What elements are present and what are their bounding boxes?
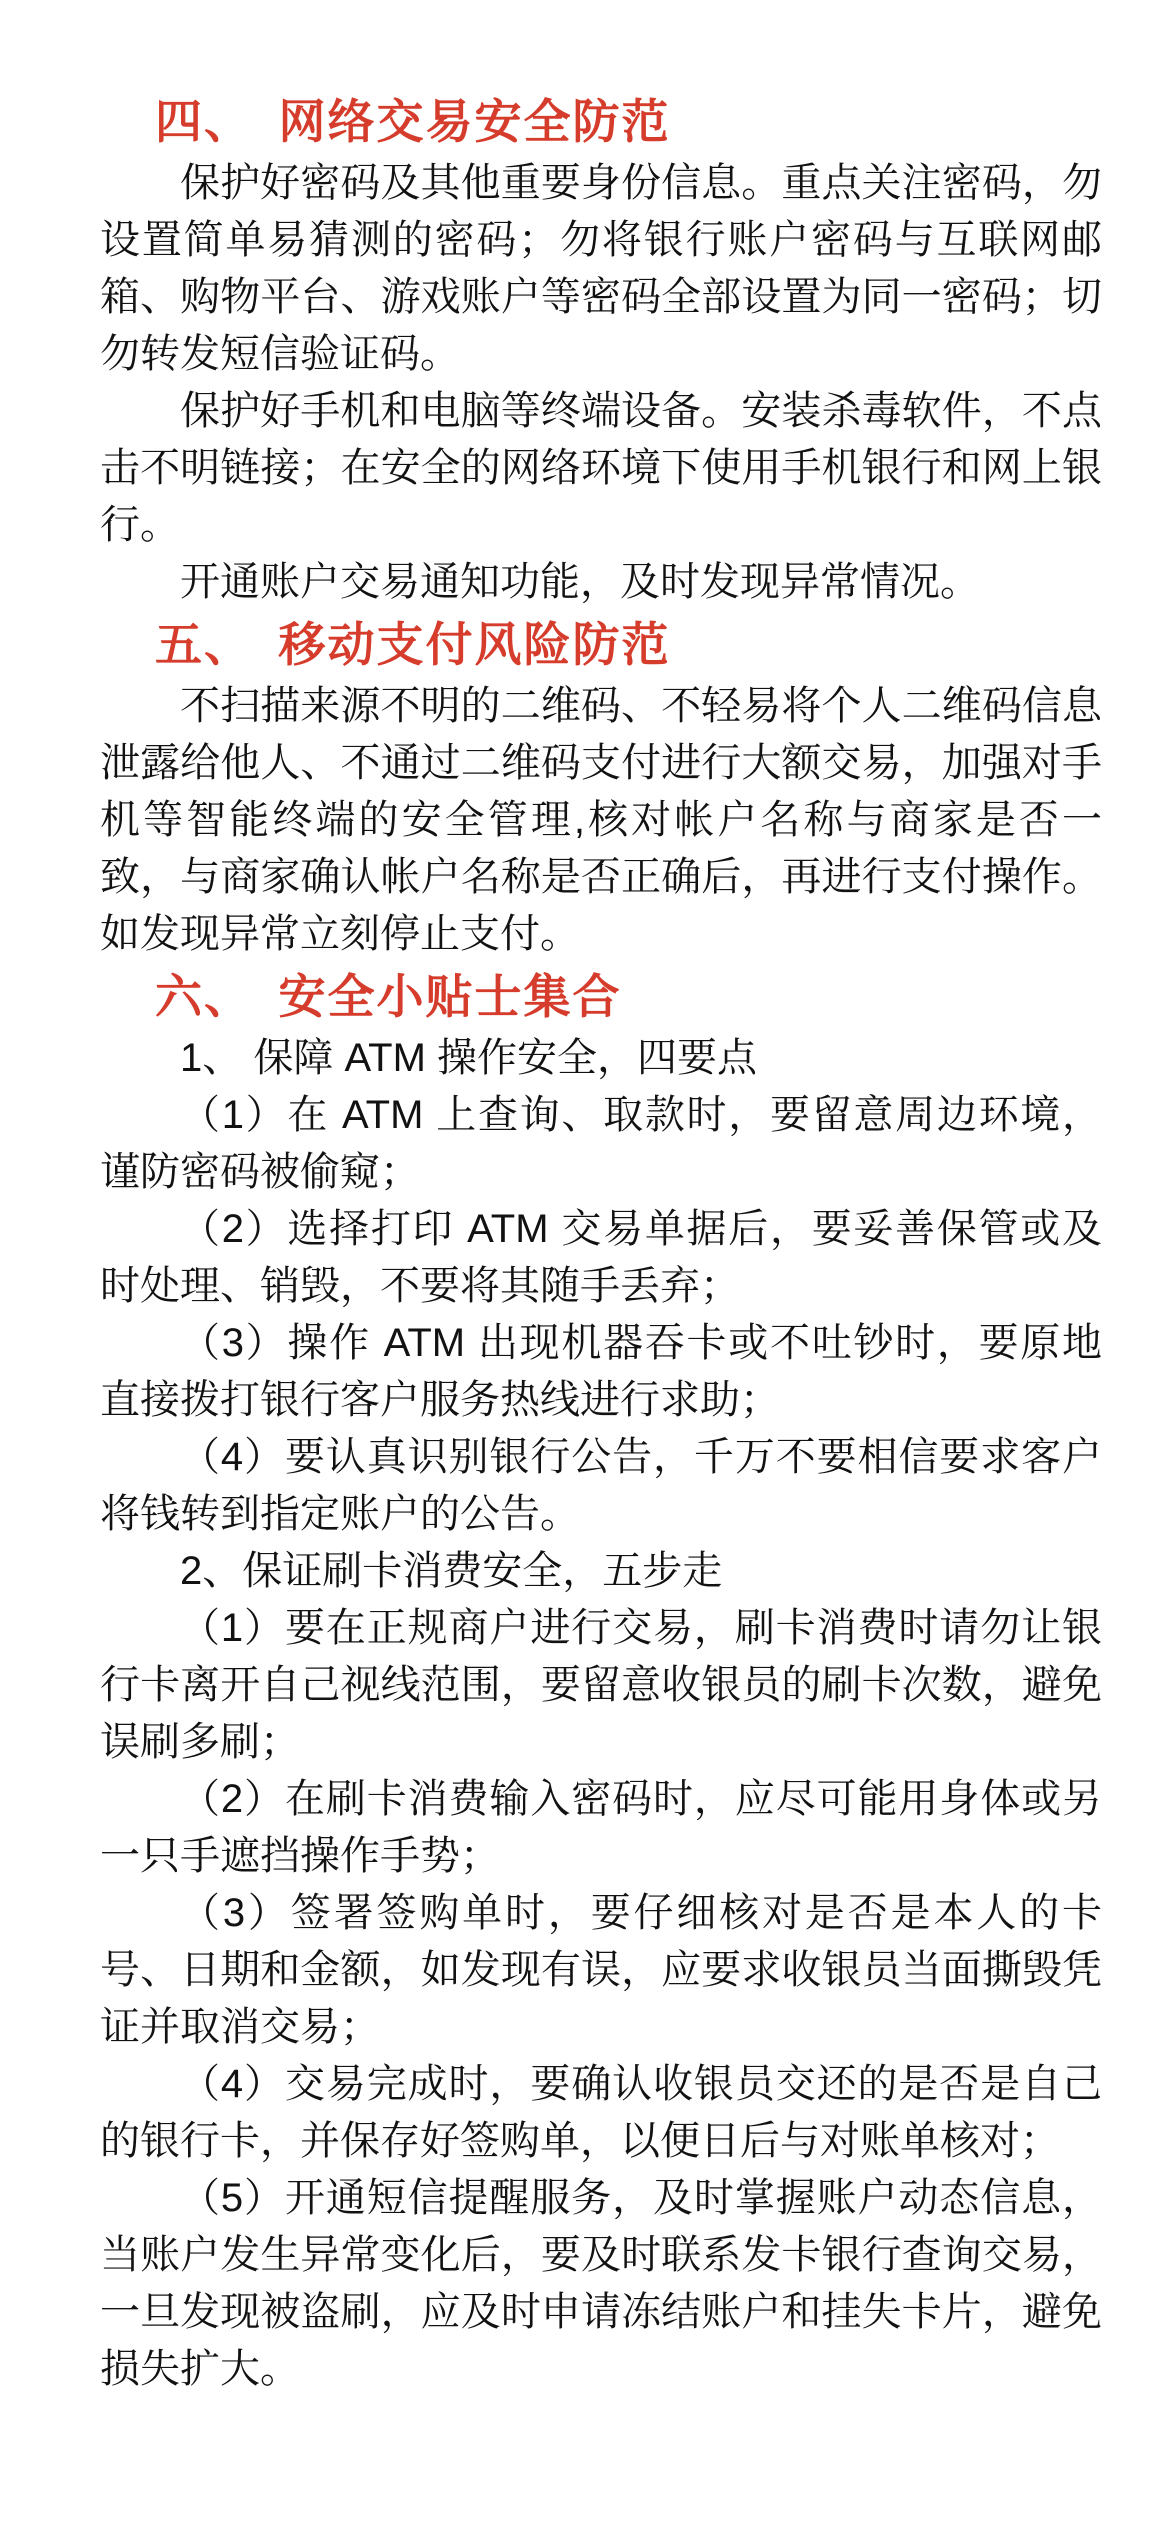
section-network-transaction-safety: 四、 网络交易安全防范 保护好密码及其他重要身份信息。重点关注密码，勿设置简单易…: [100, 88, 1102, 611]
paragraph: （4）要认真识别银行公告，千万不要相信要求客户将钱转到指定账户的公告。: [100, 1429, 1102, 1543]
paragraph: 开通账户交易通知功能，及时发现异常情况。: [100, 554, 1102, 611]
paragraph: （5）开通短信提醒服务，及时掌握账户动态信息，当账户发生异常变化后，要及时联系发…: [100, 2170, 1102, 2398]
section-heading: 六、 安全小贴士集合: [100, 963, 1102, 1030]
paragraph: （4）交易完成时，要确认收银员交还的是否是自己的银行卡，并保存好签购单，以便日后…: [100, 2056, 1102, 2170]
document-content: 四、 网络交易安全防范 保护好密码及其他重要身份信息。重点关注密码，勿设置简单易…: [100, 88, 1102, 2398]
paragraph: （1）在 ATM 上查询、取款时，要留意周边环境，谨防密码被偷窥；: [100, 1087, 1102, 1201]
document-page: 四、 网络交易安全防范 保护好密码及其他重要身份信息。重点关注密码，勿设置简单易…: [0, 0, 1161, 2526]
paragraph: 2、保证刷卡消费安全，五步走: [100, 1543, 1102, 1600]
paragraph: （2）在刷卡消费输入密码时，应尽可能用身体或另一只手遮挡操作手势；: [100, 1771, 1102, 1885]
section-heading: 五、 移动支付风险防范: [100, 611, 1102, 678]
paragraph: 1、 保障 ATM 操作安全，四要点: [100, 1030, 1102, 1087]
section-heading: 四、 网络交易安全防范: [100, 88, 1102, 155]
paragraph: （3）签署签购单时，要仔细核对是否是本人的卡号、日期和金额，如发现有误，应要求收…: [100, 1885, 1102, 2056]
paragraph: （1）要在正规商户进行交易，刷卡消费时请勿让银行卡离开自己视线范围，要留意收银员…: [100, 1600, 1102, 1771]
section-mobile-payment-risk: 五、 移动支付风险防范 不扫描来源不明的二维码、不轻易将个人二维码信息泄露给他人…: [100, 611, 1102, 963]
paragraph: （3）操作 ATM 出现机器吞卡或不吐钞时，要原地直接拨打银行客户服务热线进行求…: [100, 1315, 1102, 1429]
paragraph: 保护好手机和电脑等终端设备。安装杀毒软件，不点击不明链接；在安全的网络环境下使用…: [100, 383, 1102, 554]
paragraph: 不扫描来源不明的二维码、不轻易将个人二维码信息泄露给他人、不通过二维码支付进行大…: [100, 678, 1102, 963]
paragraph: （2）选择打印 ATM 交易单据后，要妥善保管或及时处理、销毁，不要将其随手丢弃…: [100, 1201, 1102, 1315]
paragraph: 保护好密码及其他重要身份信息。重点关注密码，勿设置简单易猜测的密码；勿将银行账户…: [100, 155, 1102, 383]
section-safety-tips: 六、 安全小贴士集合 1、 保障 ATM 操作安全，四要点 （1）在 ATM 上…: [100, 963, 1102, 2398]
